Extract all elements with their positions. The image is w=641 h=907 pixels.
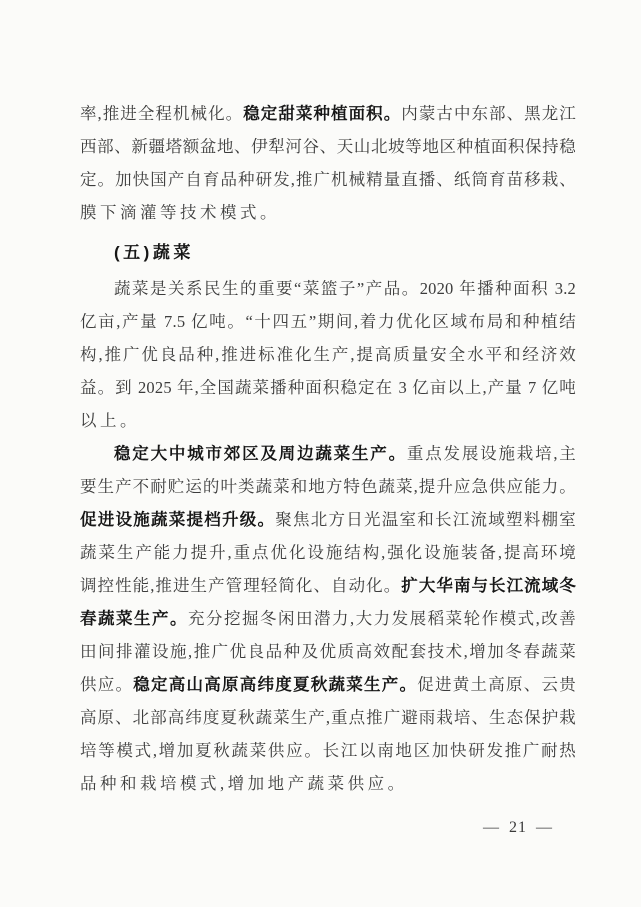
document-body: 率,推进全程机械化。稳定甜菜种植面积。内蒙古中东部、黑龙江西部、新疆塔额盆地、伊… xyxy=(80,97,576,800)
text-line: 促进设施蔬菜提档升级。聚焦北方日光温室和长江流域塑料棚室 xyxy=(80,503,576,536)
text-run: 聚焦北方日光温室和长江流域塑料棚室 xyxy=(275,510,576,529)
text-line: 稳定大中城市郊区及周边蔬菜生产。重点发展设施栽培,主 xyxy=(80,437,576,470)
text-run: 膜下滴灌等技术模式。 xyxy=(80,203,280,222)
text-line: 构,推广优良品种,推进标准化生产,提高质量安全水平和经济效 xyxy=(80,338,576,371)
text-run: 率,推进全程机械化。 xyxy=(80,104,243,123)
text-run: 品种和栽培模式,增加地产蔬菜供应。 xyxy=(80,774,408,793)
text-run: 益。到 2025 年,全国蔬菜播种面积稳定在 3 亿亩以上,产量 7 亿吨 xyxy=(80,378,576,397)
text-run: 西部、新疆塔额盆地、伊犁河谷、天山北坡等地区种植面积保持稳 xyxy=(80,137,576,156)
text-run: 重点发展设施栽培,主 xyxy=(407,444,576,463)
text-line: 蔬菜是关系民生的重要“菜篮子”产品。2020 年播种面积 3.2 xyxy=(80,272,576,305)
bold-text-run: 春蔬菜生产。 xyxy=(80,610,188,628)
text-run: 蔬菜生产能力提升,重点优化设施结构,强化设施装备,提高环境 xyxy=(80,543,576,562)
text-line: 调控性能,推进生产管理轻简化、自动化。扩大华南与长江流域冬 xyxy=(80,569,576,602)
text-run: 蔬菜是关系民生的重要“菜篮子”产品。2020 年播种面积 3.2 xyxy=(114,279,576,298)
text-line: 以上。 xyxy=(80,404,576,437)
text-run: 培等模式,增加夏秋蔬菜供应。长江以南地区加快研发推广耐热 xyxy=(80,741,576,760)
bold-text-run: 扩大华南与长江流域冬 xyxy=(401,577,576,595)
text-line: 定。加快国产自育品种研发,推广机械精量直播、纸筒育苗移栽、 xyxy=(80,163,576,196)
text-run: 要生产不耐贮运的叶类蔬菜和地方特色蔬菜,提升应急供应能力。 xyxy=(80,477,576,496)
text-run: 亿亩,产量 7.5 亿吨。“十四五”期间,着力优化区域布局和种植结 xyxy=(80,312,576,331)
text-run: 内蒙古中东部、黑龙江 xyxy=(401,104,576,123)
page-number: — 21 — xyxy=(0,817,553,839)
text-line: 膜下滴灌等技术模式。 xyxy=(80,196,576,229)
text-line: 高原、北部高纬度夏秋蔬菜生产,重点推广避雨栽培、生态保护栽 xyxy=(80,701,576,734)
text-run: 定。加快国产自育品种研发,推广机械精量直播、纸筒育苗移栽、 xyxy=(80,170,576,189)
text-run: 构,推广优良品种,推进标准化生产,提高质量安全水平和经济效 xyxy=(80,345,576,364)
text-run: 供应。 xyxy=(80,675,133,694)
text-run: 以上。 xyxy=(80,411,140,430)
text-line: 培等模式,增加夏秋蔬菜供应。长江以南地区加快研发推广耐热 xyxy=(80,734,576,767)
bold-text-run: (五)蔬菜 xyxy=(114,243,194,262)
text-line: 亿亩,产量 7.5 亿吨。“十四五”期间,着力优化区域布局和种植结 xyxy=(80,305,576,338)
document-page: 率,推进全程机械化。稳定甜菜种植面积。内蒙古中东部、黑龙江西部、新疆塔额盆地、伊… xyxy=(0,0,641,907)
section-heading: (五)蔬菜 xyxy=(80,236,576,269)
text-line: 要生产不耐贮运的叶类蔬菜和地方特色蔬菜,提升应急供应能力。 xyxy=(80,470,576,503)
text-line: 蔬菜生产能力提升,重点优化设施结构,强化设施装备,提高环境 xyxy=(80,536,576,569)
text-run: 充分挖掘冬闲田潜力,大力发展稻菜轮作模式,改善 xyxy=(188,609,576,628)
bold-text-run: 稳定甜菜种植面积。 xyxy=(243,105,401,123)
text-line: 西部、新疆塔额盆地、伊犁河谷、天山北坡等地区种植面积保持稳 xyxy=(80,130,576,163)
text-run: 促进黄土高原、云贵 xyxy=(417,675,576,694)
text-line: 益。到 2025 年,全国蔬菜播种面积稳定在 3 亿亩以上,产量 7 亿吨 xyxy=(80,371,576,404)
text-run: 高原、北部高纬度夏秋蔬菜生产,重点推广避雨栽培、生态保护栽 xyxy=(80,708,576,727)
text-line: 春蔬菜生产。充分挖掘冬闲田潜力,大力发展稻菜轮作模式,改善 xyxy=(80,602,576,635)
text-line: 供应。稳定高山高原高纬度夏秋蔬菜生产。促进黄土高原、云贵 xyxy=(80,668,576,701)
text-line: 率,推进全程机械化。稳定甜菜种植面积。内蒙古中东部、黑龙江 xyxy=(80,97,576,130)
text-run: 调控性能,推进生产管理轻简化、自动化。 xyxy=(80,576,401,595)
text-line: 田间排灌设施,推广优良品种及优质高效配套技术,增加冬春蔬菜 xyxy=(80,635,576,668)
bold-text-run: 促进设施蔬菜提档升级。 xyxy=(80,511,275,529)
text-run: 田间排灌设施,推广优良品种及优质高效配套技术,增加冬春蔬菜 xyxy=(80,642,576,661)
bold-text-run: 稳定高山高原高纬度夏秋蔬菜生产。 xyxy=(133,676,417,694)
text-line: 品种和栽培模式,增加地产蔬菜供应。 xyxy=(80,767,576,800)
bold-text-run: 稳定大中城市郊区及周边蔬菜生产。 xyxy=(114,445,407,463)
